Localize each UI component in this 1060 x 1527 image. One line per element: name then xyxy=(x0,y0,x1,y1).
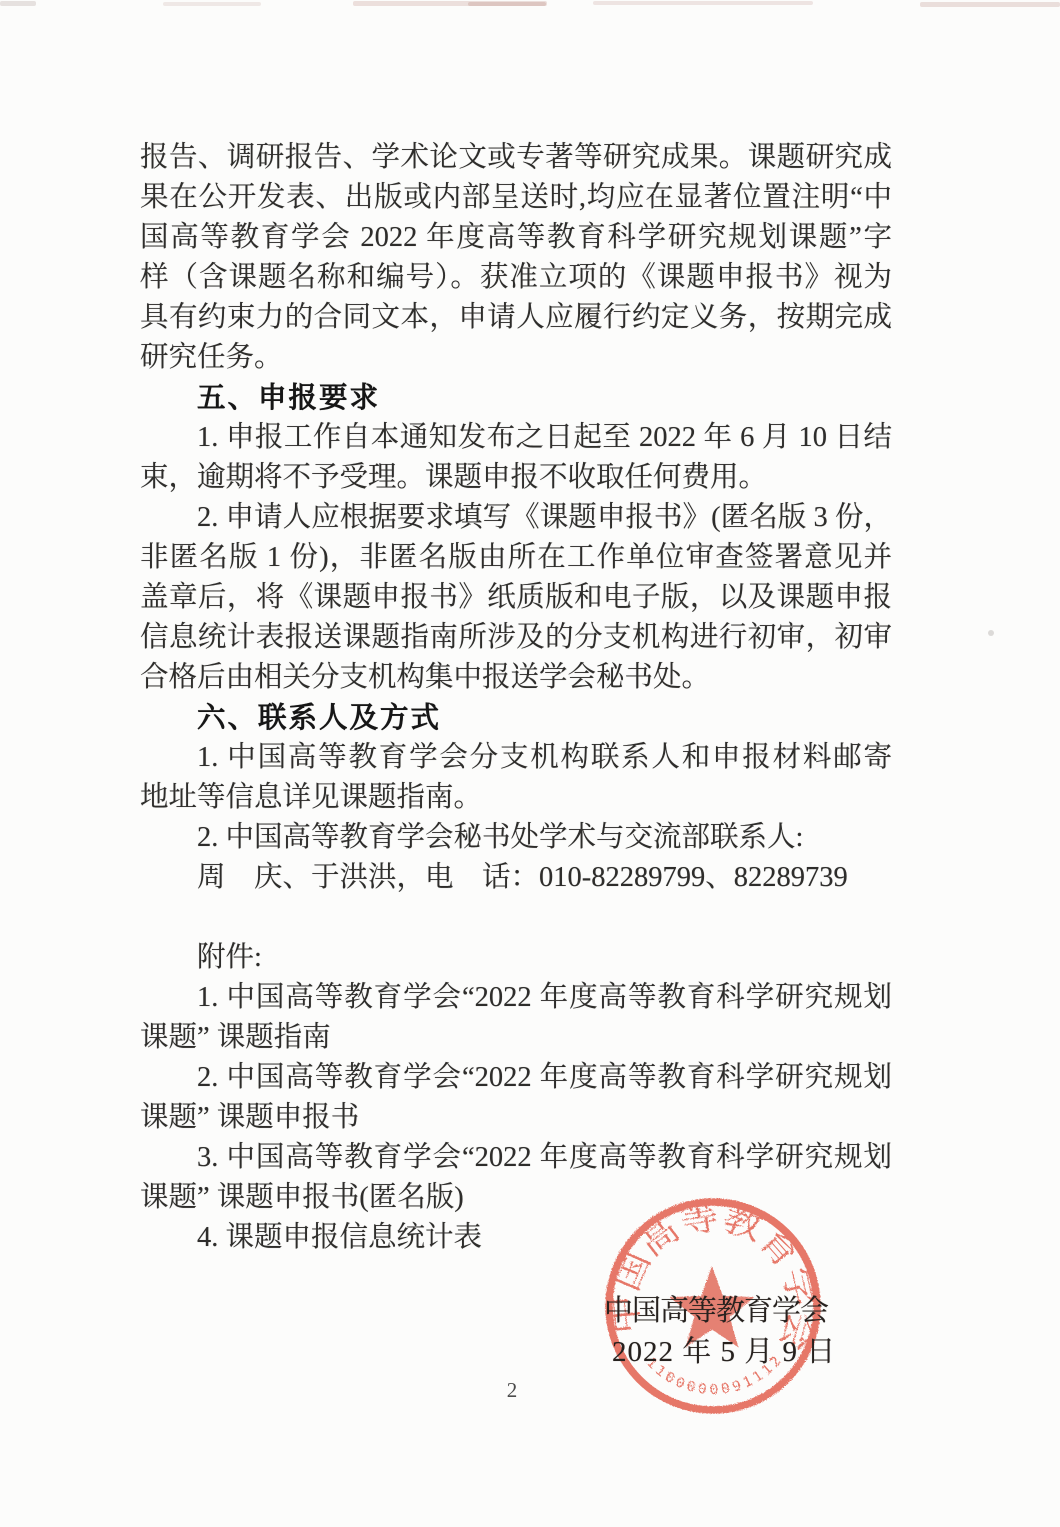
body-line: 2. 中国高等教育学会秘书处学术与交流部联系人: xyxy=(140,818,892,858)
scan-artifact xyxy=(0,1,36,6)
contact-phone-line: 周 庆、于洪洪，电 话：010-82289799、82289739 xyxy=(140,858,892,898)
attachment-item: 1. 中国高等教育学会“2022 年度高等教育科学研究规划 xyxy=(140,978,892,1018)
attachment-item: 3. 中国高等教育学会“2022 年度高等教育科学研究规划 xyxy=(140,1138,892,1178)
attachment-item: 课题” 课题申报书(匿名版) xyxy=(140,1178,892,1218)
scan-artifact xyxy=(163,2,261,6)
body-line: 具有约束力的合同文本，申请人应履行约定义务，按期完成 xyxy=(140,298,892,338)
body-line: 盖章后，将《课题申报书》纸质版和电子版，以及课题申报 xyxy=(140,578,892,618)
body-line: 非匿名版 1 份)，非匿名版由所在工作单位审查签署意见并 xyxy=(140,538,892,578)
body-line: 束，逾期将不予受理。课题申报不收取任何费用。 xyxy=(140,458,892,498)
section-heading-5: 五、申报要求 xyxy=(140,378,892,418)
document-body: 报告、调研报告、学术论文或专著等研究成果。课题研究成 果在公开发表、出版或内部呈… xyxy=(140,138,892,1258)
section-heading-6: 六、联系人及方式 xyxy=(140,698,892,738)
scan-artifact xyxy=(593,1,813,5)
body-line: 合格后由相关分支机构集中报送学会秘书处。 xyxy=(140,658,892,698)
page-number: 2 xyxy=(500,1378,524,1403)
body-line: 信息统计表报送课题指南所涉及的分支机构进行初审，初审 xyxy=(140,618,892,658)
body-line: 果在公开发表、出版或内部呈送时,均应在显著位置注明“中 xyxy=(140,178,892,218)
document-page: 报告、调研报告、学术论文或专著等研究成果。课题研究成 果在公开发表、出版或内部呈… xyxy=(0,0,1060,1527)
signature-organization: 中国高等教育学会 xyxy=(604,1288,828,1329)
body-line: 国高等教育学会 2022 年度高等教育科学研究规划课题”字 xyxy=(140,218,892,258)
attachment-item: 4. 课题申报信息统计表 xyxy=(140,1218,892,1258)
attachment-item: 2. 中国高等教育学会“2022 年度高等教育科学研究规划 xyxy=(140,1058,892,1098)
signature-date: 2022 年 5 月 9 日 xyxy=(612,1329,836,1370)
scan-artifact xyxy=(468,2,546,6)
body-line: 地址等信息详见课题指南。 xyxy=(140,778,892,818)
attachment-item: 课题” 课题指南 xyxy=(140,1018,892,1058)
body-line: 1. 申报工作自本通知发布之日起至 2022 年 6 月 10 日结 xyxy=(140,418,892,458)
body-line: 1. 中国高等教育学会分支机构联系人和申报材料邮寄 xyxy=(140,738,892,778)
scan-speck xyxy=(988,630,994,636)
attachment-item: 课题” 课题申报书 xyxy=(140,1098,892,1138)
body-line: 研究任务。 xyxy=(140,338,892,378)
body-line: 2. 申请人应根据要求填写《课题申报书》(匿名版 3 份， xyxy=(140,498,892,538)
attachments-label: 附件: xyxy=(140,938,892,978)
body-line: 报告、调研报告、学术论文或专著等研究成果。课题研究成 xyxy=(140,138,892,178)
scan-artifact xyxy=(920,2,1060,7)
blank-line xyxy=(140,898,892,938)
body-line: 样（含课题名称和编号）。获准立项的《课题申报书》视为 xyxy=(140,258,892,298)
